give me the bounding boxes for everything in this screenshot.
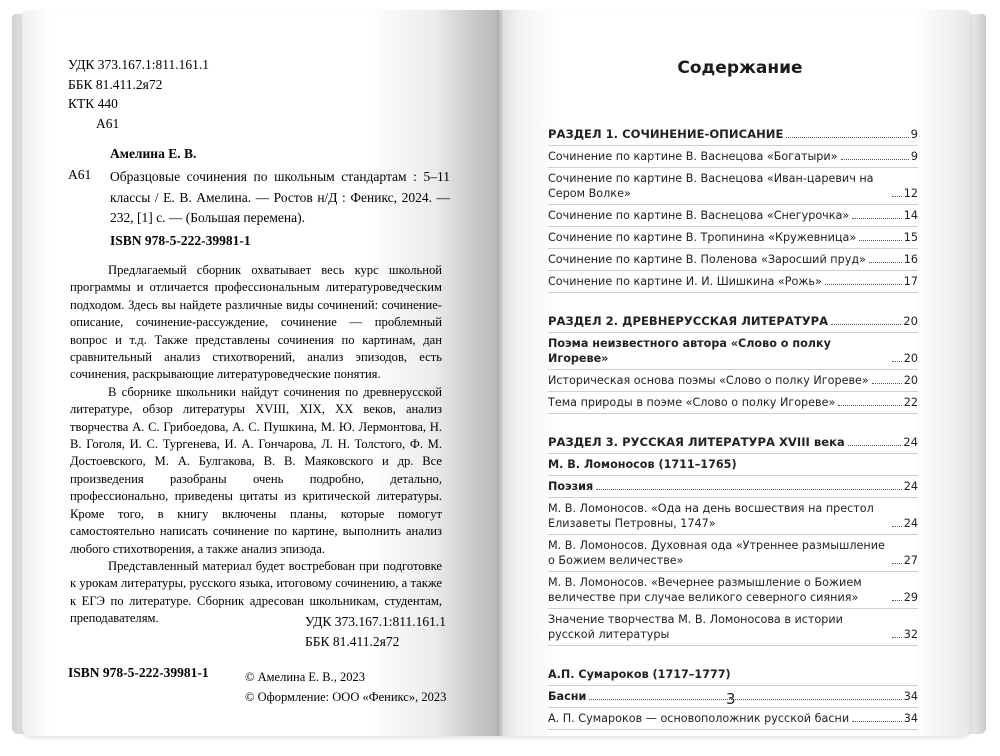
toc-page-number: 20 — [904, 351, 918, 366]
dot-leader — [838, 404, 901, 406]
toc-page-number: 14 — [904, 208, 918, 223]
toc-section-entry: РАЗДЕЛ 3. РУССКАЯ ЛИТЕРАТУРА XVIII века2… — [548, 432, 918, 454]
toc-entry-title: Басни — [548, 689, 586, 704]
dot-leader — [825, 283, 902, 285]
toc-page-number: 34 — [904, 711, 918, 726]
udk-code-bottom: УДК 373.167.1:811.161.1 — [305, 612, 446, 632]
toc-entry: М. В. Ломоносов. Духовная ода «Утреннее … — [548, 535, 918, 572]
table-of-contents: РАЗДЕЛ 1. СОЧИНЕНИЕ-ОПИСАНИЕ9Сочинение п… — [548, 124, 918, 730]
dot-leader — [859, 239, 902, 241]
toc-page-number: 22 — [904, 395, 918, 410]
book-spine — [497, 10, 503, 736]
toc-entry-title: М. В. Ломоносов. Духовная ода «Утреннее … — [548, 538, 889, 568]
dot-leader — [892, 525, 902, 527]
contents-title: Содержание — [560, 58, 920, 78]
toc-section-entry: РАЗДЕЛ 2. ДРЕВНЕРУССКАЯ ЛИТЕРАТУРА20 — [548, 311, 918, 333]
toc-page-number: 20 — [903, 314, 918, 329]
dot-leader — [892, 562, 902, 564]
bibliographic-description: Образцовые сочинения по школьным стандар… — [110, 167, 450, 229]
ktk-code: КТК 440 — [68, 94, 209, 114]
toc-entry: Сочинение по картине В. Васнецова «Иван-… — [548, 168, 918, 205]
toc-entry: М. В. Ломоносов. «Ода на день восшествия… — [548, 498, 918, 535]
author-name: Амелина Е. В. — [110, 146, 196, 162]
toc-page-number: 9 — [911, 149, 918, 164]
toc-entry: А. П. Сумароков — основоположник русской… — [548, 708, 918, 730]
toc-entry: Сочинение по картине И. И. Шишкина «Рожь… — [548, 271, 918, 293]
toc-entry-title: Тема природы в поэме «Слово о полку Игор… — [548, 395, 835, 410]
toc-entry: А.П. Сумароков (1717–1777) — [548, 664, 918, 686]
page-number: 3 — [726, 690, 736, 708]
toc-entry: Поэма неизвестного автора «Слово о полку… — [548, 333, 918, 370]
toc-entry-title: Сочинение по картине В. Васнецова «Снегу… — [548, 208, 849, 223]
toc-entry-title: А.П. Сумароков (1717–1777) — [548, 667, 731, 682]
dot-leader — [892, 636, 902, 638]
toc-entry: Значение творчества М. В. Ломоносова в и… — [548, 609, 918, 646]
copyright-design: © Оформление: ООО «Феникс», 2023 — [245, 688, 446, 708]
dot-leader — [786, 136, 908, 138]
toc-page-number: 16 — [904, 252, 918, 267]
isbn-top: ISBN 978-5-222-39981-1 — [110, 233, 251, 249]
annotation-paragraph: Предлагаемый сборник охватывает весь кур… — [70, 262, 442, 384]
dot-leader — [892, 195, 902, 197]
author-mark: А61 — [68, 114, 209, 134]
toc-page-number: 27 — [904, 553, 918, 568]
toc-entry-title: А. П. Сумароков — основоположник русской… — [548, 711, 849, 726]
toc-entry: Сочинение по картине В. Тропинина «Круже… — [548, 227, 918, 249]
toc-entry: Сочинение по картине В. Васнецова «Богат… — [548, 146, 918, 168]
toc-page-number: 29 — [904, 590, 918, 605]
annotation: Предлагаемый сборник охватывает весь кур… — [70, 262, 442, 628]
toc-entry-title: РАЗДЕЛ 1. СОЧИНЕНИЕ-ОПИСАНИЕ — [548, 127, 783, 142]
toc-entry: М. В. Ломоносов (1711–1765) — [548, 454, 918, 476]
copyright-author: © Амелина Е. В., 2023 — [245, 668, 446, 688]
isbn-bottom: ISBN 978-5-222-39981-1 — [68, 665, 209, 681]
toc-page-number: 15 — [904, 230, 918, 245]
dot-leader — [852, 217, 902, 219]
toc-entry: М. В. Ломоносов. «Вечернее размышление о… — [548, 572, 918, 609]
toc-page-number: 12 — [904, 186, 918, 201]
toc-entry: Поэзия24 — [548, 476, 918, 498]
toc-entry-title: РАЗДЕЛ 3. РУССКАЯ ЛИТЕРАТУРА XVIII века — [548, 435, 845, 450]
bbk-code: ББК 81.411.2я72 — [68, 75, 209, 95]
biblio-author-mark: А61 — [68, 167, 91, 183]
annotation-paragraph: В сборнике школьники найдут сочинения по… — [70, 384, 442, 558]
toc-entry-title: Сочинение по картине В. Тропинина «Круже… — [548, 230, 856, 245]
toc-section-entry: РАЗДЕЛ 1. СОЧИНЕНИЕ-ОПИСАНИЕ9 — [548, 124, 918, 146]
toc-entry: Тема природы в поэме «Слово о полку Игор… — [548, 392, 918, 414]
toc-page-number: 24 — [904, 516, 918, 531]
toc-entry-title: Сочинение по картине И. И. Шишкина «Рожь… — [548, 274, 822, 289]
bbk-code-bottom: ББК 81.411.2я72 — [305, 632, 446, 652]
toc-page-number: 17 — [904, 274, 918, 289]
toc-entry-title: М. В. Ломоносов. «Ода на день восшествия… — [548, 501, 889, 531]
toc-entry-title: Поэзия — [548, 479, 593, 494]
toc-entry: Сочинение по картине В. Поленова «Заросш… — [548, 249, 918, 271]
dot-leader — [892, 599, 902, 601]
toc-page-number: 24 — [903, 435, 918, 450]
classification-codes: УДК 373.167.1:811.161.1 ББК 81.411.2я72 … — [68, 55, 209, 133]
classification-codes-bottom: УДК 373.167.1:811.161.1 ББК 81.411.2я72 — [305, 612, 446, 651]
toc-entry: Сочинение по картине В. Васнецова «Снегу… — [548, 205, 918, 227]
dot-leader — [841, 158, 909, 160]
toc-entry-title: Историческая основа поэмы «Слово о полку… — [548, 373, 869, 388]
toc-page-number: 34 — [904, 689, 918, 704]
toc-entry-title: Сочинение по картине В. Васнецова «Богат… — [548, 149, 838, 164]
toc-page-number: 20 — [904, 373, 918, 388]
toc-entry-title: М. В. Ломоносов. «Вечернее размышление о… — [548, 575, 889, 605]
dot-leader — [589, 698, 901, 700]
dot-leader — [848, 444, 901, 446]
toc-page-number: 24 — [904, 479, 918, 494]
udk-code: УДК 373.167.1:811.161.1 — [68, 55, 209, 75]
dot-leader — [872, 382, 902, 384]
toc-entry-title: М. В. Ломоносов (1711–1765) — [548, 457, 737, 472]
toc-page-number: 32 — [904, 627, 918, 642]
copyright-block: © Амелина Е. В., 2023 © Оформление: ООО … — [245, 668, 446, 707]
open-book: УДК 373.167.1:811.161.1 ББК 81.411.2я72 … — [0, 0, 1000, 756]
dot-leader — [852, 720, 902, 722]
toc-entry-title: Сочинение по картине В. Поленова «Заросш… — [548, 252, 866, 267]
dot-leader — [892, 360, 902, 362]
toc-entry-title: РАЗДЕЛ 2. ДРЕВНЕРУССКАЯ ЛИТЕРАТУРА — [548, 314, 828, 329]
dot-leader — [869, 261, 902, 263]
toc-page-number: 9 — [911, 127, 918, 142]
toc-entry-title: Сочинение по картине В. Васнецова «Иван-… — [548, 171, 889, 201]
toc-entry: Историческая основа поэмы «Слово о полку… — [548, 370, 918, 392]
toc-entry-title: Поэма неизвестного автора «Слово о полку… — [548, 336, 889, 366]
dot-leader — [831, 323, 901, 325]
dot-leader — [596, 488, 902, 490]
toc-entry-title: Значение творчества М. В. Ломоносова в и… — [548, 612, 889, 642]
